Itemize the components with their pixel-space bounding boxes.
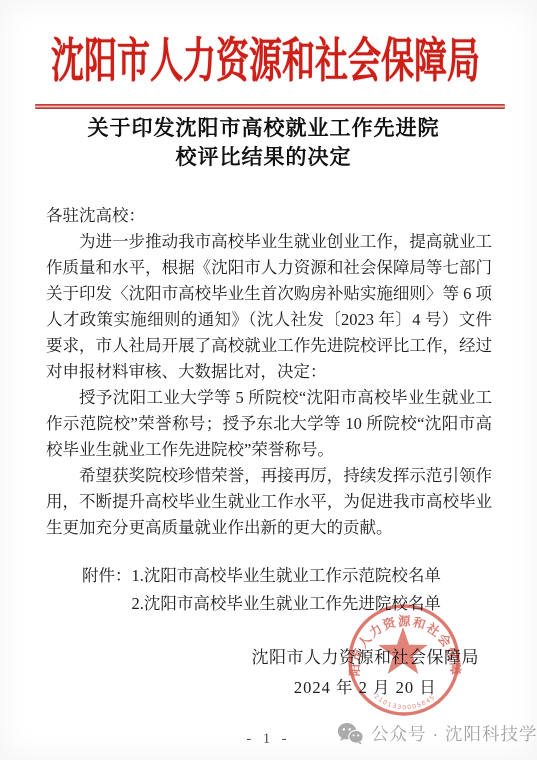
letterhead: 沈阳市人力资源和社会保障局: [0, 28, 531, 86]
wechat-watermark: 公众号 · 沈阳科技学院: [337, 721, 537, 746]
body-paragraphs: 为进一步推动我市高校毕业生就业创业工作，提高就业工作质量和水平，根据《沈阳市人力…: [46, 229, 492, 541]
document-body: 各驻沈高校： 为进一步推动我市高校毕业生就业创业工作，提高就业工作质量和水平，根…: [46, 203, 492, 541]
attachments-block: 附件： 1.沈阳市高校毕业生就业工作示范院校名单2.沈阳市高校毕业生就业工作先进…: [82, 562, 441, 618]
body-paragraph: 授予沈阳工业大学等 5 所院校“沈阳市高校毕业生就业工作示范院校”荣誉称号；授予…: [46, 385, 492, 463]
signature-block: 沈阳市人力资源和社会保障局 2024 年 2 月 20 日: [252, 643, 480, 703]
body-paragraph: 希望获奖院校珍惜荣誉，再接再厉，持续发挥示范引领作用，不断提升高校毕业生就业工作…: [46, 463, 492, 541]
attachment-item: 2.沈阳市高校毕业生就业工作先进院校名单: [132, 590, 441, 618]
body-paragraph: 为进一步推动我市高校毕业生就业创业工作，提高就业工作质量和水平，根据《沈阳市人力…: [46, 229, 492, 385]
attachments-label: 附件：: [82, 562, 132, 590]
letterhead-title: 沈阳市人力资源和社会保障局: [51, 23, 480, 91]
attachment-item: 1.沈阳市高校毕业生就业工作示范院校名单: [132, 562, 441, 590]
attachments-list: 1.沈阳市高校毕业生就业工作示范院校名单2.沈阳市高校毕业生就业工作先进院校名单: [132, 562, 441, 618]
document-page: 沈阳市人力资源和社会保障局 关于印发沈阳市高校就业工作先进院 校评比结果的决定 …: [0, 0, 537, 760]
issue-date: 2024 年 2 月 20 日: [252, 673, 480, 703]
issuer-name: 沈阳市人力资源和社会保障局: [252, 643, 480, 673]
salutation: 各驻沈高校：: [46, 203, 492, 229]
document-title-line2: 校评比结果的决定: [176, 145, 352, 169]
document-title-line1: 关于印发沈阳市高校就业工作先进院: [88, 116, 440, 140]
document-title: 关于印发沈阳市高校就业工作先进院 校评比结果的决定: [0, 114, 527, 172]
watermark-text: 公众号 · 沈阳科技学院: [371, 721, 537, 746]
wechat-icon: [337, 722, 364, 746]
red-divider-line: [35, 104, 505, 109]
